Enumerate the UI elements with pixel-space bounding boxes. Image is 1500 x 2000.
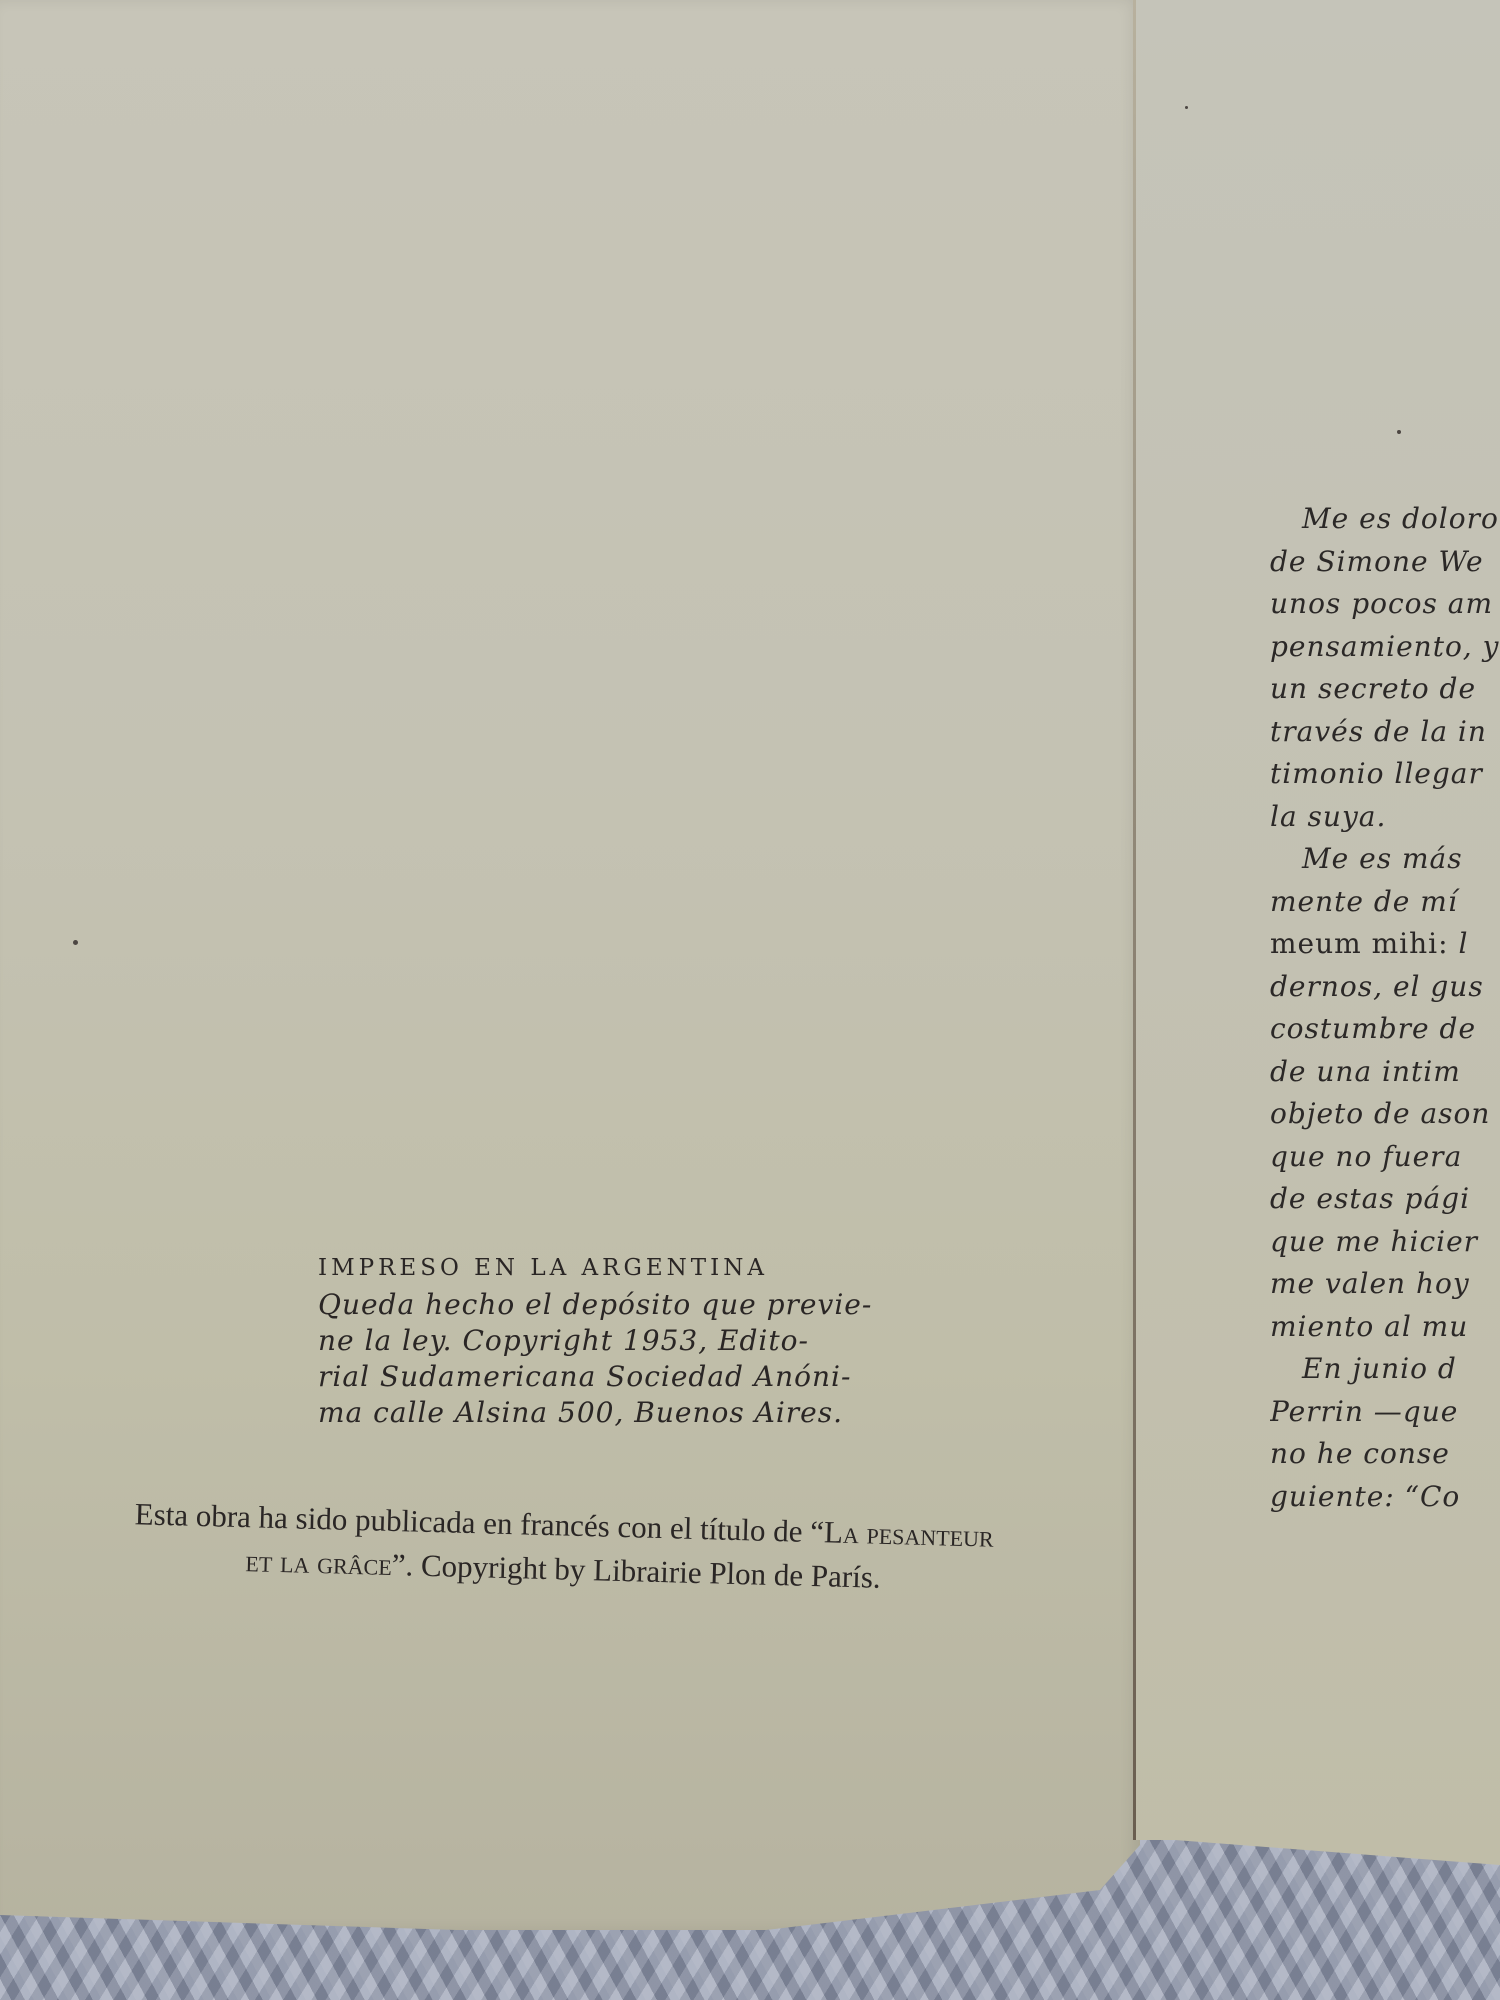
imprint-line: ne la ley. Copyright 1953, Edito- [318, 1323, 868, 1359]
latin-phrase: meum mihi: [1270, 927, 1458, 960]
text-line: Me es más [1270, 838, 1500, 881]
text-line: Perrin —que [1270, 1391, 1500, 1434]
text-line: un secreto de [1270, 668, 1500, 711]
original-title-part-2: et la grâce [245, 1543, 392, 1582]
book-gutter [1133, 0, 1136, 1840]
text-line: de estas pági [1270, 1178, 1500, 1221]
imprint-block: IMPRESO EN LA ARGENTINA Queda hecho el d… [318, 1255, 868, 1431]
text-line: mente de mí [1270, 881, 1500, 924]
text-line: que me hicier [1270, 1221, 1500, 1264]
text-line: Me es doloro [1270, 498, 1500, 541]
text-line: meum mihi: l [1270, 923, 1500, 966]
paper-speck [73, 940, 78, 945]
text-line: dernos, el gus [1270, 966, 1500, 1009]
text-line: costumbre de [1270, 1008, 1500, 1051]
text-line: la suya. [1270, 796, 1500, 839]
text-line: unos pocos am [1270, 583, 1500, 626]
paper-speck [1397, 430, 1401, 434]
text-line: timonio llegar [1270, 753, 1500, 796]
text-line: miento al mu [1270, 1306, 1500, 1349]
text-line: pensamiento, y [1270, 626, 1500, 669]
imprint-line: rial Sudamericana Sociedad Anóni- [318, 1359, 868, 1395]
text-line: de una intim [1270, 1051, 1500, 1094]
text-line: no he conse [1270, 1433, 1500, 1476]
text-line: En junio d [1270, 1348, 1500, 1391]
right-page-text: Me es doloro de Simone We unos pocos am … [1270, 498, 1500, 1518]
note-suffix: ”. Copyright by Librairie Plon de París. [391, 1547, 881, 1595]
imprint-heading: IMPRESO EN LA ARGENTINA [318, 1255, 868, 1281]
original-title-part-1: La pesanteur [824, 1514, 995, 1553]
text-line: guiente: “Co [1270, 1476, 1500, 1519]
paper-speck [1185, 106, 1188, 109]
left-page [0, 0, 1140, 1930]
text-line: de Simone We [1270, 541, 1500, 584]
text-line: objeto de ason [1270, 1093, 1500, 1136]
imprint-line: Queda hecho el depósito que previe- [318, 1287, 868, 1323]
text-fragment: l [1458, 927, 1468, 960]
text-line: me valen hoy [1270, 1263, 1500, 1306]
imprint-line: ma calle Alsina 500, Buenos Aires. [318, 1395, 868, 1431]
text-line: través de la in [1270, 711, 1500, 754]
text-line: que no fuera [1270, 1136, 1500, 1179]
